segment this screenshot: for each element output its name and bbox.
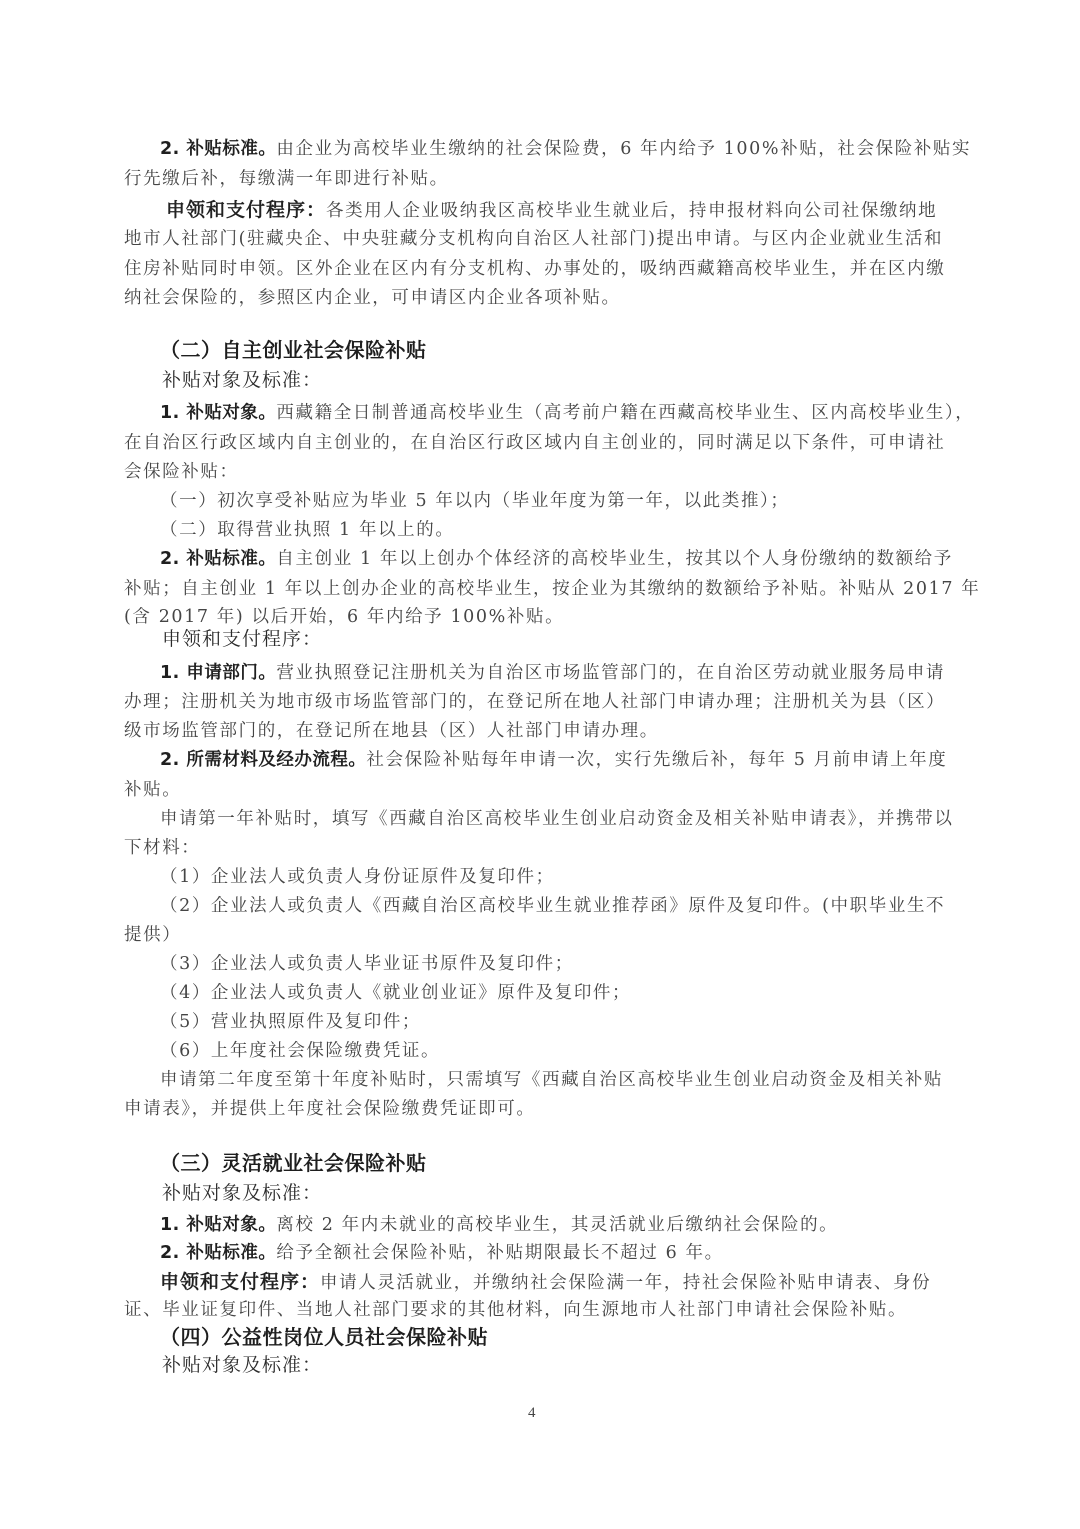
material-item: （2）企业法人或负责人《西藏自治区高校毕业生就业推荐函》原件及复印件。(中职毕业… (160, 893, 950, 919)
paragraph-line: 会保险补贴： (124, 459, 948, 485)
paragraph: 2. 补贴标准。自主创业 1 年以上创办个体经济的高校毕业生，按其以个人身份缴纳… (160, 546, 950, 572)
material-item: （1）企业法人或负责人身份证原件及复印件； (160, 864, 950, 890)
condition-item: （二）取得营业执照 1 年以上的。 (160, 517, 950, 543)
paragraph-line: 补贴；自主创业 1 年以上创办企业的高校毕业生，按企业为其缴纳的数额给予补贴。补… (124, 576, 948, 602)
item-label: 2. 补贴标准。 (160, 549, 276, 569)
paragraph: 申领和支付程序：申请人灵活就业，并缴纳社会保险满一年，持社会保险补贴申请表、身份 (124, 1268, 948, 1296)
condition-item: （一）初次享受补贴应为毕业 5 年以内（毕业年度为第一年，以此类推）； (160, 488, 950, 514)
paragraph-line: 下材料： (124, 835, 948, 861)
document-page: 2. 补贴标准。由企业为高校毕业生缴纳的社会保险费，6 年内给予 100%补贴，… (0, 0, 1080, 1529)
paragraph-line: 在自治区行政区域内自主创业的，在自治区行政区域内自主创业的，同时满足以下条件，可… (124, 430, 948, 456)
material-item: （4）企业法人或负责人《就业创业证》原件及复印件； (160, 980, 950, 1006)
paragraph-line: 证、毕业证复印件、当地人社部门要求的其他材料，向生源地市人社部门申请社会保险补贴… (124, 1297, 948, 1323)
paragraph: 申领和支付程序：各类用人企业吸纳我区高校毕业生就业后，持申报材料向公司社保缴纳地 (124, 196, 948, 224)
item-label: 2. 补贴标准。 (160, 1243, 276, 1263)
paragraph: 1. 补贴对象。离校 2 年内未就业的高校毕业生，其灵活就业后缴纳社会保险的。 (160, 1212, 950, 1238)
material-item: （6）上年度社会保险缴费凭证。 (160, 1038, 950, 1064)
procedure-label: 申领和支付程序： (166, 199, 326, 221)
page-number: 4 (528, 1405, 536, 1422)
item-label: 1. 申请部门。 (160, 663, 276, 683)
item-label: 1. 补贴对象。 (160, 403, 276, 423)
paragraph-line: 行先缴后补，每缴满一年即进行补贴。 (124, 166, 948, 192)
subheading: 申领和支付程序： (162, 625, 322, 653)
paragraph: 2. 补贴标准。给予全额社会保险补贴，补贴期限最长不超过 6 年。 (160, 1240, 950, 1266)
item-label: 1. 补贴对象。 (160, 1215, 276, 1235)
section-heading: （三）灵活就业社会保险补贴 (160, 1149, 427, 1177)
material-item: （5）营业执照原件及复印件； (160, 1009, 950, 1035)
item-label: 2. 补贴标准。 (160, 139, 276, 159)
paragraph: 1. 补贴对象。西藏籍全日制普通高校毕业生（高考前户籍在西藏高校毕业生、区内高校… (160, 400, 950, 426)
paragraph: 2. 所需材料及经办流程。社会保险补贴每年申请一次，实行先缴后补，每年 5 月前… (160, 747, 950, 773)
paragraph-line: 地市人社部门(驻藏央企、中央驻藏分支机构向自治区人社部门)提出申请。与区内企业就… (124, 226, 948, 252)
section-heading: （四）公益性岗位人员社会保险补贴 (160, 1323, 488, 1351)
subheading: 补贴对象及标准： (162, 1351, 322, 1379)
material-item: （3）企业法人或负责人毕业证书原件及复印件； (160, 951, 950, 977)
item-label: 2. 所需材料及经办流程。 (160, 750, 366, 770)
paragraph-line: 纳社会保险的，参照区内企业，可申请区内企业各项补贴。 (124, 285, 948, 311)
paragraph-line: 级市场监管部门的，在登记所在地县（区）人社部门申请办理。 (124, 718, 948, 744)
paragraph-line: 申请表》，并提供上年度社会保险缴费凭证即可。 (124, 1096, 948, 1122)
paragraph-line: 申请第二年度至第十年度补贴时，只需填写《西藏自治区高校毕业生创业启动资金及相关补… (160, 1067, 950, 1093)
material-item-cont: 提供） (124, 922, 948, 948)
paragraph-line: 补贴。 (124, 777, 948, 803)
paragraph-line: 办理；注册机关为地市级市场监管部门的，在登记所在地人社部门申请办理；注册机关为县… (124, 689, 948, 715)
paragraph-line: 住房补贴同时申领。区外企业在区内有分支机构、办事处的，吸纳西藏籍高校毕业生，并在… (124, 256, 948, 282)
section-heading: （二）自主创业社会保险补贴 (160, 336, 427, 364)
paragraph-line: 申请第一年补贴时，填写《西藏自治区高校毕业生创业启动资金及相关补贴申请表》，并携… (160, 806, 950, 832)
paragraph: 1. 申请部门。营业执照登记注册机关为自治区市场监管部门的，在自治区劳动就业服务… (160, 660, 950, 686)
subheading: 补贴对象及标准： (162, 1179, 322, 1207)
procedure-label: 申领和支付程序： (160, 1271, 320, 1293)
subheading: 补贴对象及标准： (162, 366, 322, 394)
paragraph: 2. 补贴标准。由企业为高校毕业生缴纳的社会保险费，6 年内给予 100%补贴，… (160, 136, 950, 162)
